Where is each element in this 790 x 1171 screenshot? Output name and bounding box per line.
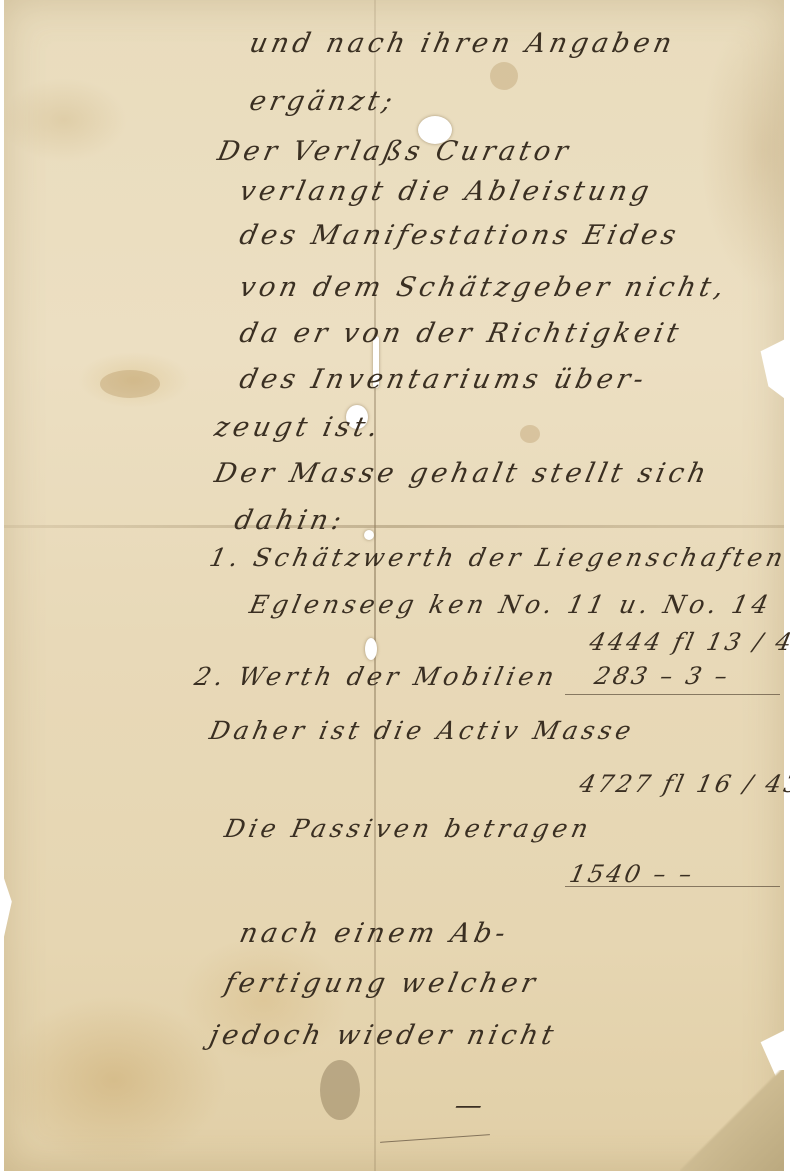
text-line-7: da er von der Richtigkeit — [237, 318, 685, 349]
text-line-6: von dem Schätzgeber nicht, — [237, 272, 731, 303]
text-line-3: Der Verlaßs Curator — [215, 136, 575, 167]
text-line-10: Der Masse gehalt stellt sich — [212, 458, 713, 489]
amount-movables: 283 – 3 – — [592, 662, 733, 690]
text-line-4: verlangt die Ableistung — [237, 176, 656, 207]
ink-stain — [490, 62, 518, 90]
sum-rule-2 — [565, 886, 780, 887]
amount-active-mass: 4727 fl 16 / 43 — [577, 770, 790, 798]
text-line-2: ergänzt; — [247, 86, 399, 117]
text-line-17: — — [452, 1090, 490, 1121]
text-line-12: 1. Schätzwerth der Liegenschaften — [207, 543, 790, 572]
text-line-1: und nach ihren Angaben — [247, 28, 679, 59]
text-line-9: zeugt ist. — [212, 412, 385, 443]
ledger-label-movables: 2. Werth der Mobilien — [192, 662, 561, 691]
dark-stain — [320, 1060, 360, 1120]
ledger-label-liabilities: Die Passiven betragen — [222, 814, 595, 843]
paper-hole — [365, 638, 377, 660]
folded-corner — [680, 1070, 784, 1171]
paper-hole — [364, 530, 374, 540]
amount-liabilities: 1540 – – — [567, 860, 697, 888]
ink-stain — [520, 425, 540, 443]
horizontal-fold-line — [4, 525, 784, 528]
text-line-13: Eglenseeg ken No. 11 u. No. 14 — [247, 590, 775, 619]
text-line-5: des Manifestations Eides — [237, 220, 683, 251]
water-stain — [100, 370, 160, 398]
sum-rule — [565, 694, 780, 695]
text-line-16: jedoch wieder nicht — [207, 1020, 560, 1051]
ledger-label-active-mass: Daher ist die Activ Masse — [207, 716, 638, 745]
amount-real-estate: 4444 fl 13 / 43 — [587, 628, 790, 656]
text-line-11: dahin: — [232, 505, 348, 536]
text-line-8: des Inventariums über- — [237, 364, 651, 395]
text-line-14: nach einem Ab- — [237, 918, 512, 949]
text-line-15: fertigung welcher — [222, 968, 542, 999]
